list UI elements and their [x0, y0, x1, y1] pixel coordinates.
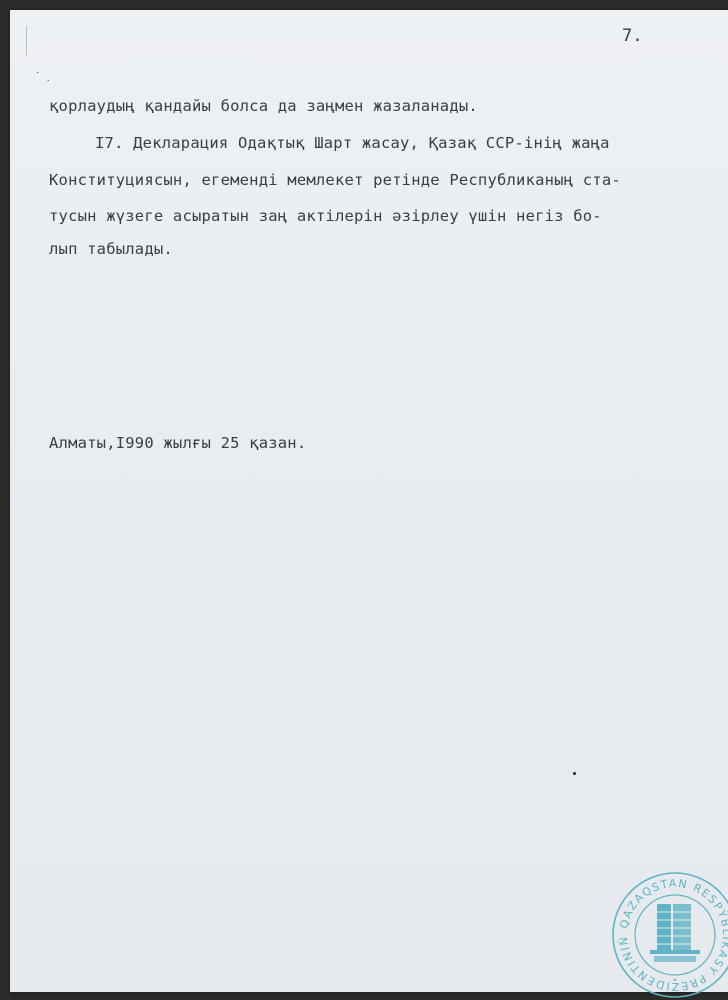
- paper-crease: [26, 26, 27, 56]
- clause-line: Конституциясын, егеменді мемлекет ретінд…: [49, 171, 621, 189]
- archive-building-icon: QAZAQSTAN RESPÝBLIKASY PREZIDENTINIŃ ARH…: [610, 870, 728, 1000]
- paragraph-continuation: қорлаудың қандайы болса да заңмен жазала…: [49, 97, 478, 115]
- paper-specks: · ·: [36, 70, 58, 86]
- clause-line: I7. Декларация Одақтық Шарт жасау, Қазақ…: [95, 134, 610, 152]
- ink-speck: [573, 772, 576, 775]
- svg-text:*: *: [673, 977, 677, 986]
- page-number: 7.: [622, 26, 643, 46]
- document-page: · ·: [10, 10, 728, 992]
- archive-stamp: QAZAQSTAN RESPÝBLIKASY PREZIDENTINIŃ ARH…: [610, 870, 728, 1000]
- clause-line: тусын жүзеге асыратын заң актілерін әзір…: [49, 207, 602, 225]
- clause-line: лып табылады.: [49, 240, 173, 258]
- place-date-line: Алматы,I990 жылғы 25 қазан.: [49, 434, 306, 452]
